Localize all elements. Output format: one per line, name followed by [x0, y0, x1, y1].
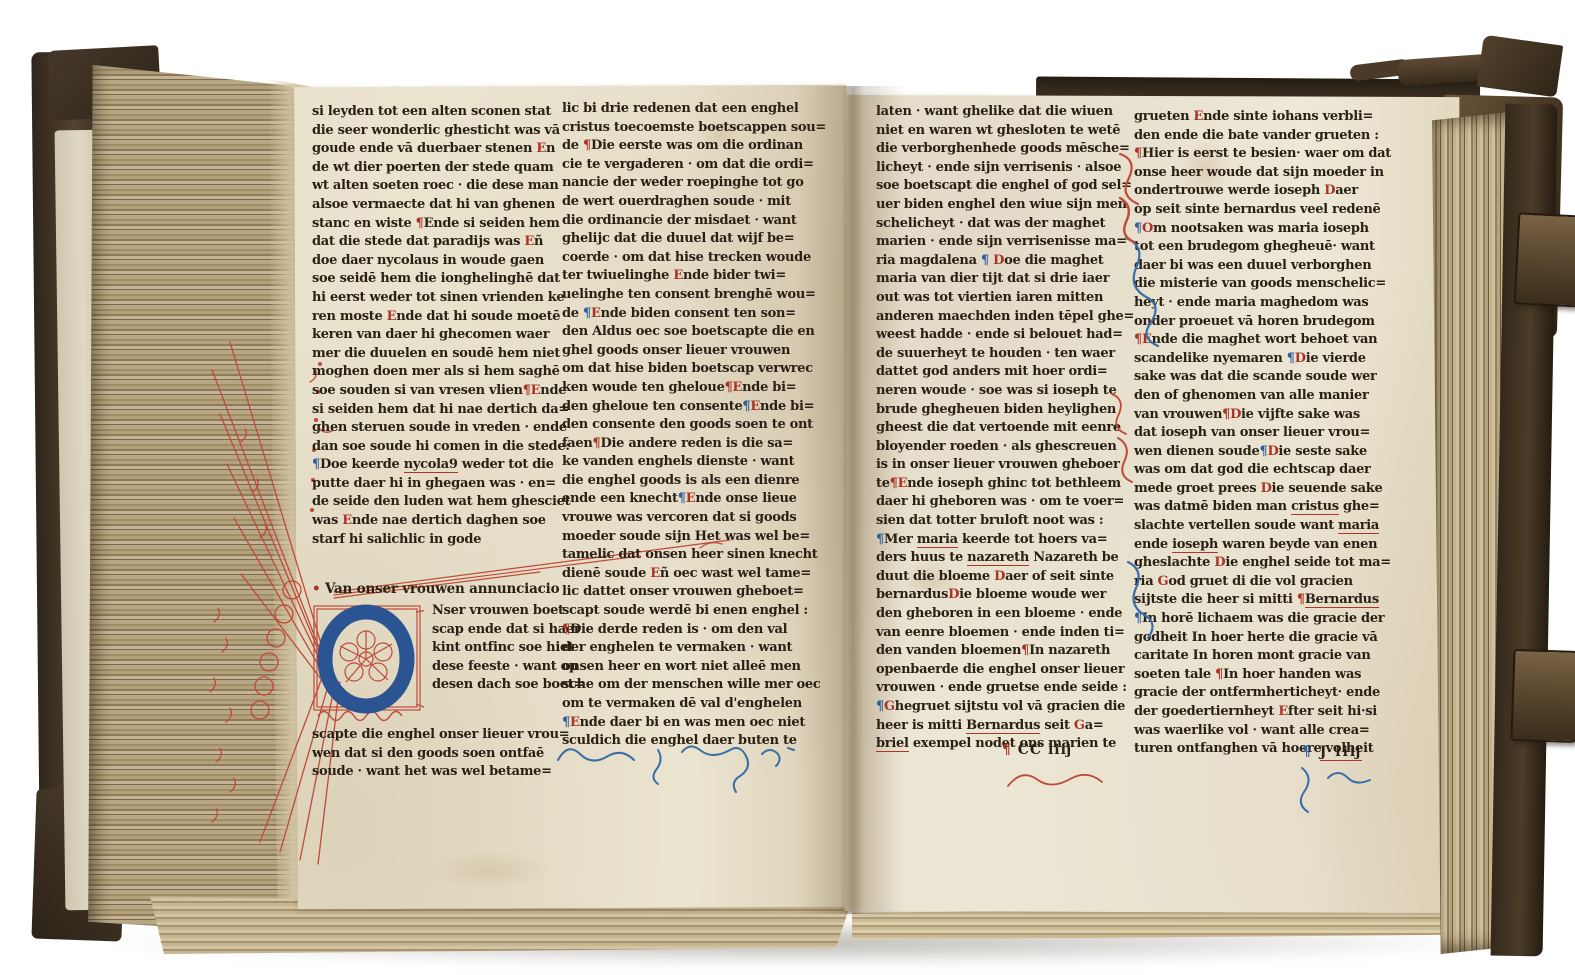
text-line: den consente den goods soen te ont — [562, 416, 816, 435]
text-line: caritate In horen mont gracie van — [1134, 647, 1388, 666]
text-segment: ¶ — [583, 138, 591, 153]
text-segment: aer — [1335, 183, 1358, 198]
text-segment: ¶ — [583, 306, 591, 321]
text-segment: nde ioseph ghinc tot bethleem — [907, 476, 1121, 491]
text-segment: dattet god anders mit hoer ordi= — [876, 364, 1107, 379]
text-segment: bloyender roeden · als ghescreuen — [876, 439, 1117, 454]
text-segment: D — [1267, 444, 1278, 459]
text-segment: faen — [562, 436, 593, 451]
text-segment: nde nae dertich daghen soe — [352, 513, 546, 528]
text-segment: coerde · om dat hise trecken woude — [562, 250, 811, 265]
text-segment: hegruet sĳtstu vol vā gracien die — [895, 699, 1125, 714]
text-line: ¶Ende daer bi en was men oec niet — [562, 714, 816, 733]
text-line: lic dattet onser vrouwen gheboet= — [562, 583, 816, 602]
text-line: si seiden hem dat hi nae dertich da= — [312, 401, 566, 420]
text-segment: hi eerst weder tot sinen vrienden ke — [312, 290, 564, 305]
text-line: om te vermaken dē val d'enghelen — [562, 695, 816, 714]
text-segment: Die andere reden is die sa= — [601, 436, 794, 451]
text-segment: ¶ — [876, 532, 884, 547]
text-line: op seit sinte bernardus veel redenē — [1134, 201, 1388, 220]
text-line: putte daer hi in ghegaen was · en= — [312, 475, 566, 494]
text-segment: D — [994, 569, 1005, 584]
text-segment: mer die duuelen en soudē hem niet — [312, 346, 560, 361]
text-segment: slachte vertellen soude want — [1134, 518, 1338, 533]
text-segment: ioseph — [1172, 537, 1218, 553]
text-line: de wt dier poerten der stede quam — [312, 159, 566, 178]
text-line: den ende die bate vander grueten : — [1134, 127, 1388, 146]
blue-ink-pen-trials — [552, 732, 817, 812]
text-column-4: grueten Ende sinte iohans verbli=den end… — [1134, 108, 1388, 759]
text-line: die enghel goods is als een dienre — [562, 472, 816, 491]
text-segment: den gheloue ten consente — [562, 399, 742, 414]
text-line: was Ende nae dertich daghen soe — [312, 512, 566, 531]
text-segment: nde onse lieue — [695, 491, 796, 506]
text-segment: n — [546, 141, 555, 156]
text-segment: ken woude ten gheloue — [562, 380, 725, 395]
text-segment: den ende die bate vander grueten : — [1134, 128, 1379, 143]
text-segment: D — [1261, 481, 1272, 496]
text-line: ¶Die derde reden is · om den val — [562, 621, 816, 640]
text-segment: wt alten soeten roec · die dese man — [312, 178, 559, 193]
text-line: stanc en wiste ¶Ende si seiden hem — [312, 215, 566, 234]
text-segment: ¶ — [1297, 592, 1305, 607]
text-line: soeten tale ¶In hoer handen was — [1134, 666, 1388, 685]
text-segment: ¶E — [725, 380, 743, 395]
text-segment: D — [1324, 183, 1335, 198]
text-segment: te — [876, 476, 890, 491]
text-segment: ¶E — [523, 383, 541, 398]
text-segment: stanc en wiste — [312, 216, 416, 231]
text-segment: nycola9 — [404, 457, 458, 473]
text-line: van vrouwen¶Die vĳfte sake was — [1134, 406, 1388, 425]
text-segment: In horē lichaem was die gracie der — [1142, 611, 1384, 626]
text-segment: vrouwen · ende gruetse ende seide : — [876, 680, 1127, 695]
text-segment: ren moste — [312, 309, 387, 324]
text-line: sĳtste die heer si mitti ¶Bernardus — [1134, 591, 1388, 610]
text-column-2: lic bi drie redenen dat een enghelcristu… — [562, 100, 816, 751]
text-segment: E — [591, 306, 601, 321]
text-segment: uer biden enghel den wiue sĳn men — [876, 197, 1127, 212]
text-segment: bernardus — [876, 587, 948, 602]
text-segment: CC liĳ — [1018, 742, 1072, 758]
text-segment: ¶ — [1021, 643, 1029, 658]
text-segment: ¶ — [1302, 744, 1320, 760]
text-segment: nazareth — [967, 550, 1029, 566]
text-segment: ghe= — [1339, 499, 1380, 514]
text-line: onse heer woude dat sĳn moeder in — [1134, 164, 1388, 183]
text-segment: tot een brudegom ghegheuē· want — [1134, 239, 1375, 254]
text-segment: marien · ende sĳn verrisenisse ma= — [876, 234, 1127, 249]
text-segment: den Aldus oec soe boetscapte die en — [562, 324, 815, 339]
text-segment: alsoe vermaecte dat hi van ghenen — [312, 197, 555, 212]
text-segment: die seer wonderlic ghesticht was vā — [312, 123, 560, 138]
text-segment: der goedertiernheyt — [1134, 704, 1278, 719]
text-line: moeder soude sĳn Het was wel be= — [562, 528, 816, 547]
text-segment: daer bi was een duuel verborghen — [1134, 258, 1371, 273]
text-line: soe seidē hem die ionghelinghē dat — [312, 270, 566, 289]
text-segment: Doe keerde — [320, 457, 404, 472]
text-segment: moghen doen mer als si hem saghē — [312, 364, 560, 379]
text-segment: ¶ — [416, 216, 424, 231]
text-line: ghelĳc dat die duuel dat wĳf be= — [562, 230, 816, 249]
text-segment: godheit In hoer herte die gracie vā — [1134, 630, 1378, 645]
text-segment: fter seit hi·si — [1288, 704, 1377, 719]
text-line: keren van daer hi ghecomen waer — [312, 326, 566, 345]
text-segment: scap ende dat si haer — [432, 622, 580, 637]
text-line: ¶Ende die maghet wort behoet van — [1134, 331, 1388, 350]
text-segment: schelicheyt · dat was der maghet — [876, 216, 1105, 231]
text-segment: Nser vrouwen boet — [432, 603, 564, 618]
text-segment: ie enghel seide tot ma= — [1225, 555, 1391, 570]
text-line: ¶Doe keerde nycola9 weder tot die — [312, 456, 566, 475]
text-segment: niet en waren wt ghesloten te wetē — [876, 123, 1120, 138]
text-line: ¶Hier is eerst te besien· waer om dat — [1134, 145, 1388, 164]
text-line: vrouwe was vercoren dat si goods — [562, 509, 816, 528]
text-line: wen dat si den goods soen ontfaē — [312, 745, 566, 764]
text-segment: ¶ — [562, 715, 570, 730]
text-segment: G — [884, 699, 895, 714]
text-line: mede groet prees Die seuende sake — [1134, 480, 1388, 499]
marginal-squiggles-left-of-column-4 — [1106, 188, 1146, 548]
text-line: doe daer nycolaus in woude gaen — [312, 252, 566, 271]
text-segment: was om dat god die echtscap daer — [1134, 462, 1371, 477]
text-line: soude · want het was wel betame= — [312, 763, 566, 782]
text-line: laten · want ghelike dat die wiuen — [876, 103, 1130, 122]
text-segment: cristus — [1291, 499, 1339, 515]
text-segment: maria — [917, 532, 958, 548]
text-segment: E — [387, 309, 397, 324]
text-segment: sake was dat die scande soude wer — [1134, 369, 1377, 384]
text-column-1: si leyden tot een alten sconen statdie s… — [312, 103, 566, 549]
text-segment: E — [750, 399, 760, 414]
text-segment: ie vierde — [1306, 351, 1366, 366]
text-line: gheslachte Die enghel seide tot ma= — [1134, 554, 1388, 573]
text-segment: nde dat hi soude moetē — [396, 309, 560, 324]
text-segment: E — [686, 491, 696, 506]
text-line: die seer wonderlic ghesticht was vā — [312, 122, 566, 141]
text-line: alsoe vermaecte dat hi van ghenen — [312, 196, 566, 215]
text-segment: gracie der ontfermherticheyt· ende — [1134, 685, 1380, 700]
text-segment: was waerlike vol · want alle crea= — [1134, 723, 1369, 738]
text-segment: Die derde reden is · om den val — [570, 622, 787, 637]
text-line: der enghelen te vermaken · want — [562, 639, 816, 658]
text-line: ken woude ten gheloue¶Ende bi= — [562, 379, 816, 398]
folio-number: ¶ CC liĳ — [1002, 742, 1072, 758]
text-segment: de suuerheyt te houden · ten waer — [876, 346, 1115, 361]
text-segment: oe die maghet — [1004, 253, 1103, 268]
text-segment: ñ oec wast wel tame= — [660, 566, 811, 581]
text-segment: caritate In horen mont gracie van — [1134, 648, 1371, 663]
text-segment: soude · want het was wel betame= — [312, 764, 552, 779]
text-line: openbaerde die enghel onser lieuer — [876, 661, 1130, 680]
text-segment: Mer — [884, 532, 917, 547]
text-segment: de seide den luden wat hem ghesciet — [312, 494, 570, 509]
text-line: dat ioseph van onser lieuer vrou= — [1134, 424, 1388, 443]
text-line: moghen doen mer als si hem saghē — [312, 363, 566, 382]
text-line: heer is mitti Bernardus seit Ga= — [876, 717, 1130, 736]
text-segment: E — [570, 715, 580, 730]
text-segment: od gruet di die vol gracien — [1168, 574, 1352, 589]
text-line: de wert ouerdraghen soude · mit — [562, 193, 816, 212]
text-segment: starf hi salichlic in gode — [312, 532, 481, 547]
text-segment: ¶ — [312, 457, 320, 472]
text-segment: den of ghenomen van alle manier — [1134, 388, 1369, 403]
text-line: scapte die enghel onser lieuer vrou= — [312, 726, 566, 745]
text-line: ria God gruet di die vol gracien — [1134, 573, 1388, 592]
text-line: mer die duuelen en soudē hem niet — [312, 345, 566, 364]
text-segment: ¶ — [1215, 667, 1223, 682]
text-segment: ¶E — [890, 476, 908, 491]
text-segment: si seiden hem dat hi nae dertich da= — [312, 402, 569, 417]
text-segment: nde bi= — [760, 399, 814, 414]
text-segment: out was tot viertien iaren mitten — [876, 290, 1103, 305]
text-segment: den vanden bloemen — [876, 643, 1021, 658]
text-segment: moeder soude sĳn Het was wel be= — [562, 529, 810, 544]
text-segment: ondertrouwe werde ioseph — [1134, 183, 1324, 198]
text-segment: ie vĳfte sake was — [1241, 407, 1360, 422]
text-segment: om dat hise biden boetscap verwrec — [562, 361, 813, 376]
text-segment: G — [1074, 718, 1085, 733]
text-segment: die enghel goods is als een dienre — [562, 473, 799, 488]
text-segment: E — [524, 234, 534, 249]
text-line: slachte vertellen soude want maria — [1134, 517, 1388, 536]
text-segment: briel — [876, 736, 909, 752]
text-segment: laten · want ghelike dat die wiuen — [876, 104, 1113, 119]
text-segment: wen dat si den goods soen ontfaē — [312, 746, 544, 761]
text-segment: den consente den goods soen te ont — [562, 417, 813, 432]
text-segment: den gheboren in een bloeme · ende — [876, 606, 1122, 621]
text-segment: vrouwe was vercoren dat si goods — [562, 510, 796, 525]
text-segment: D — [993, 253, 1004, 268]
text-segment: nancie der weder roepinghe tot go — [562, 175, 804, 190]
text-segment: seit — [1040, 718, 1074, 733]
text-line: de ¶Die eerste was om die ordinan — [562, 137, 816, 156]
text-segment: keerde tot hoers va= — [958, 532, 1108, 547]
text-segment: duut die bloeme — [876, 569, 994, 584]
text-line: daer bi was een duuel verborghen — [1134, 257, 1388, 276]
text-segment: cristus toecoemste boetscappen sou= — [562, 120, 826, 135]
text-line: den gheloue ten consente¶Ende bi= — [562, 398, 816, 417]
initial-full-lines: scapte die enghel onser lieuer vrou=wen … — [312, 726, 566, 782]
text-segment: dese feeste · want op — [432, 659, 578, 674]
text-segment: brude ghegheuen biden heylighen — [876, 402, 1116, 417]
text-segment: onsen heer en wort niet alleē men — [562, 659, 801, 674]
text-line: hi eerst weder tot sinen vrienden ke — [312, 289, 566, 308]
text-line: lic bi drie redenen dat een enghel — [562, 100, 816, 119]
text-segment: nde bider twi= — [683, 268, 786, 283]
text-segment: • — [312, 581, 325, 597]
text-segment: dat ioseph van onser lieuer vrou= — [1134, 425, 1370, 440]
text-segment: lic dattet onser vrouwen gheboet= — [562, 584, 804, 599]
text-segment: goude ende vā duerbaer stenen — [312, 141, 536, 156]
text-segment: E — [650, 566, 660, 581]
text-segment: waren beyde van enen — [1218, 537, 1377, 552]
text-line: onder proeuet vā horen brudegom — [1134, 313, 1388, 332]
text-line: den Aldus oec soe boetscapte die en — [562, 323, 816, 342]
text-segment: tamelic dat onsen heer sinen knecht — [562, 547, 817, 562]
red-flourish-under-folio — [1000, 760, 1130, 810]
text-segment: D — [1214, 555, 1225, 570]
text-line: soe souden si van vresen vlien¶Ende — [312, 382, 566, 401]
text-segment: om te vermaken dē val d'enghelen — [562, 696, 802, 711]
text-line: tot een brudegom ghegheuē· want — [1134, 238, 1388, 257]
text-segment: die ordinancie der misdaet · want — [562, 213, 797, 228]
photo-of-open-incunabulum: si leyden tot een alten sconen statdie s… — [0, 0, 1575, 975]
text-segment: maria — [1338, 518, 1379, 534]
text-line: tamelic dat onsen heer sinen knecht — [562, 546, 816, 565]
text-segment: maria van dier tĳt dat si drie iaer — [876, 271, 1109, 286]
text-segment: ter twiuelinghe — [562, 268, 673, 283]
signature-mark: ¶ J iiĳ — [1302, 744, 1362, 760]
text-line: uelinghe ten consent brenghē wou= — [562, 286, 816, 305]
text-segment: scapt soude werdē bi enen enghel : — [562, 603, 808, 618]
text-line: ¶In horē lichaem was die gracie der — [1134, 610, 1388, 629]
text-line: heyt · ende maria maghedom was — [1134, 294, 1388, 313]
text-line: starf hi salichlic in gode — [312, 531, 566, 550]
text-line: die misterie van goods menschelic= — [1134, 275, 1388, 294]
text-segment: ie seste sake — [1278, 444, 1367, 459]
text-segment: E — [342, 513, 352, 528]
text-segment: ¶ — [678, 491, 686, 506]
text-line: si leyden tot een alten sconen stat — [312, 103, 566, 122]
text-segment: gheest die dat vertoende mit eenre — [876, 420, 1121, 435]
text-line: onsen heer en wort niet alleē men — [562, 658, 816, 677]
text-line: om dat hise biden boetscap verwrec — [562, 360, 816, 379]
text-segment: ie seuende sake — [1272, 481, 1383, 496]
text-segment: nde sinte iohans verbli= — [1203, 109, 1373, 124]
text-segment: was — [312, 513, 342, 528]
text-segment: ¶ — [593, 436, 601, 451]
text-segment: ghen steruen soude in vreden · ende — [312, 420, 567, 435]
text-segment: nde daer bi en was men oec niet — [580, 715, 806, 730]
text-segment: die misterie van goods menschelic= — [1134, 276, 1386, 291]
text-segment: van eenre bloemen · ende inden ti= — [876, 625, 1125, 640]
text-line: cie te vergaderen · om dat die ordi= — [562, 156, 816, 175]
text-segment: sche om der menschen wille mer oec — [562, 677, 820, 692]
text-segment: de — [562, 306, 583, 321]
text-segment: Hier is eerst te besien· waer om dat — [1142, 146, 1391, 161]
text-segment: D — [1295, 351, 1306, 366]
text-segment: lic bi drie redenen dat een enghel — [562, 101, 799, 116]
text-segment: is in onser lieuer vrouwen gheboer — [876, 457, 1120, 472]
text-segment: nde bi= — [742, 380, 796, 395]
text-segment: cie te vergaderen · om dat die ordi= — [562, 157, 814, 172]
initial-paragraph: Nser vrouwen boetscap ende dat si haerki… — [312, 602, 566, 782]
text-line: ghel goods onser lieuer vrouwen — [562, 342, 816, 361]
text-line: wt alten soeten roec · die dese man — [312, 177, 566, 196]
text-segment: Van onser vrouwen annunciacio — [325, 581, 559, 597]
text-segment: Die eerste was om die ordinan — [591, 138, 803, 153]
chapter-heading: • Van onser vrouwen annunciacio — [312, 581, 582, 597]
text-segment: ¶ — [1287, 351, 1295, 366]
text-line: ende ioseph waren beyde van enen — [1134, 536, 1388, 555]
text-line: goude ende vā duerbaer stenen En — [312, 140, 566, 159]
text-line: de seide den luden wat hem ghesciet — [312, 493, 566, 512]
text-segment: licheyt · ende sĳn verrisenis · alsoe — [876, 160, 1121, 175]
text-line: was om dat god die echtscap daer — [1134, 461, 1388, 480]
text-segment: dat die stede dat paradĳs was — [312, 234, 524, 249]
text-segment: putte daer hi in ghegaen was · en= — [312, 476, 556, 491]
text-line: ondertrouwe werde ioseph Daer — [1134, 182, 1388, 201]
text-line: ghen steruen soude in vreden · ende — [312, 419, 566, 438]
text-segment: ende een knecht — [562, 491, 678, 506]
text-segment: ie bloeme woude wer — [959, 587, 1106, 602]
text-segment: ghelĳc dat die duuel dat wĳf be= — [562, 231, 794, 246]
text-segment: onse heer woude dat sĳn moeder in — [1134, 165, 1384, 180]
text-segment: E — [673, 268, 683, 283]
text-line: wen dienen soude¶Die seste sake — [1134, 443, 1388, 462]
text-segment: grueten — [1134, 109, 1194, 124]
text-segment: E — [1278, 704, 1288, 719]
text-segment: uelinghe ten consent brenghē wou= — [562, 287, 816, 302]
text-segment: kint ontfinc soe hiet — [432, 640, 574, 655]
text-line: der goedertiernheyt Efter seit hi·si — [1134, 703, 1388, 722]
text-segment: ria magdalena — [876, 253, 981, 268]
text-line: cristus toecoemste boetscappen sou= — [562, 119, 816, 138]
text-line: sake was dat die scande soude wer — [1134, 368, 1388, 387]
text-segment: D — [948, 587, 959, 602]
illuminated-initial-o — [312, 604, 424, 724]
text-segment: ghel goods onser lieuer vrouwen — [562, 343, 790, 358]
text-segment: In hoer handen was — [1223, 667, 1361, 682]
text-segment: op seit sinte bernardus veel redenē — [1134, 202, 1380, 217]
text-segment: de — [562, 138, 583, 153]
blue-flourish-under-signature — [1288, 760, 1388, 820]
text-segment: de wt dier poerten der stede quam — [312, 160, 553, 175]
text-line: sche om der menschen wille mer oec — [562, 676, 816, 695]
text-line: ter twiuelinghe Ende bider twi= — [562, 267, 816, 286]
text-line: dat die stede dat paradĳs was Eñ — [312, 233, 566, 252]
text-line: vrouwen · ende gruetse ende seide : — [876, 679, 1130, 698]
text-segment: dienē soude — [562, 566, 650, 581]
text-line: niet en waren wt ghesloten te wetē — [876, 122, 1130, 141]
text-segment: a= — [1085, 718, 1104, 733]
text-line: godheit In hoer herte die gracie vā — [1134, 629, 1388, 648]
text-line: die ordinancie der misdaet · want — [562, 212, 816, 231]
text-segment: soeten tale — [1134, 667, 1215, 682]
text-segment: daer hi gheboren was · om te voer= — [876, 494, 1124, 509]
text-line: dienē soude Eñ oec wast wel tame= — [562, 565, 816, 584]
text-segment: soe souden si van vresen vlien — [312, 383, 523, 398]
text-segment: scapte die enghel onser lieuer vrou= — [312, 727, 569, 742]
text-line: scandelike nyemaren ¶Die vierde — [1134, 350, 1388, 369]
text-segment: ders huus te — [876, 550, 967, 565]
text-line: ren moste Ende dat hi soude moetē — [312, 308, 566, 327]
text-line: dan soe soude hi comen in die stede: — [312, 438, 566, 457]
text-segment: ¶ — [876, 699, 884, 714]
text-segment: dan soe soude hi comen in die stede: — [312, 439, 570, 454]
text-line: den of ghenomen van alle manier — [1134, 387, 1388, 406]
text-line: ¶Ghegruet sĳtstu vol vā gracien die — [876, 698, 1130, 717]
text-segment: E — [1194, 109, 1204, 124]
text-segment: m nootsaken was maria ioseph — [1153, 221, 1369, 236]
text-segment: nde die maghet wort behoet van — [1152, 332, 1378, 347]
clasp-strap-bottom — [1510, 649, 1575, 743]
text-segment: E — [536, 141, 546, 156]
text-segment: ¶ — [1002, 742, 1018, 758]
text-segment: si leyden tot een alten sconen stat — [312, 104, 551, 119]
clasp-strap-top — [1514, 212, 1575, 307]
text-line: grueten Ende sinte iohans verbli= — [1134, 108, 1388, 127]
text-segment: ¶ — [981, 253, 993, 268]
text-line: was datmē biden man cristus ghe= — [1134, 498, 1388, 517]
text-line: nancie der weder roepinghe tot go — [562, 174, 816, 193]
text-line: ende een knecht¶Ende onse lieue — [562, 490, 816, 509]
text-segment: de wert ouerdraghen soude · mit — [562, 194, 791, 209]
text-line: coerde · om dat hise trecken woude — [562, 249, 816, 268]
text-segment: weest hadde · ende si belouet had= — [876, 327, 1123, 342]
text-line: was waerlike vol · want alle crea= — [1134, 722, 1388, 741]
